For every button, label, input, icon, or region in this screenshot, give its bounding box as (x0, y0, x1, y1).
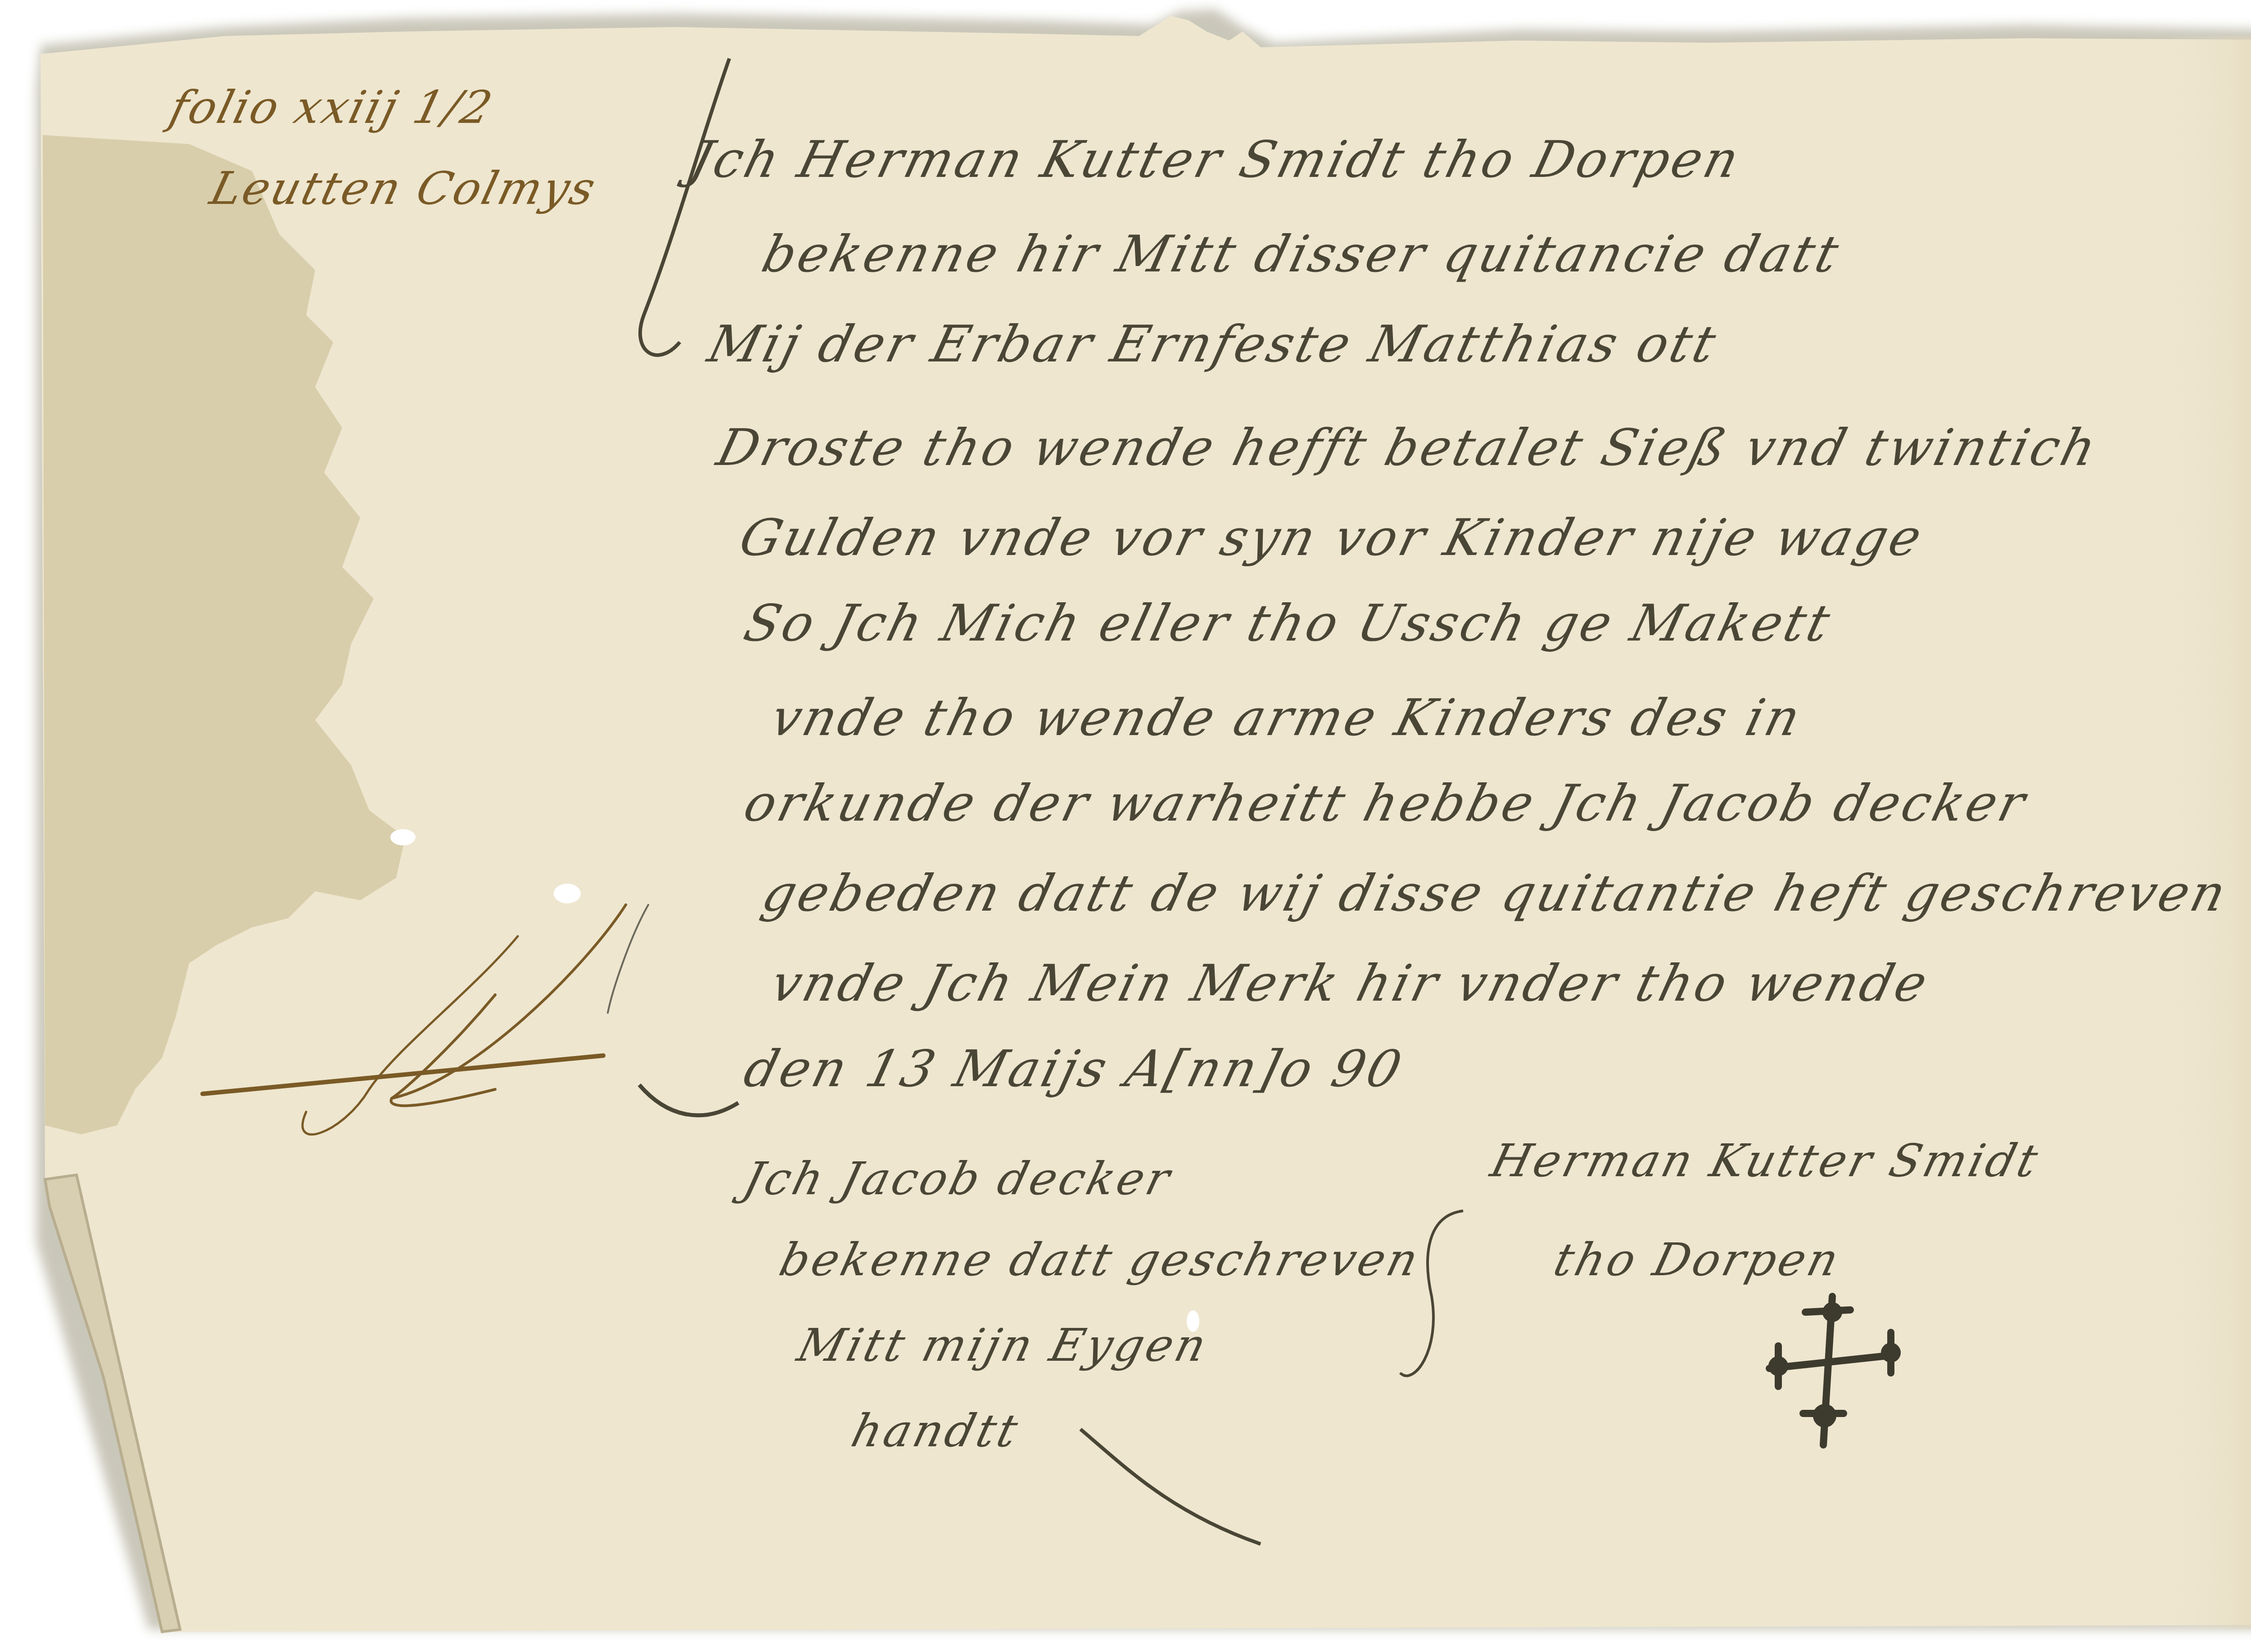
body-line-1: Jch Herman Kutter Smidt tho Dorpen (684, 131, 1747, 189)
witness-signature-line-1: Jch Jacob decker (738, 1152, 1178, 1205)
body-line-7: vnde tho wende arme Kinders des in (765, 689, 1808, 747)
body-line-4: Droste tho wende hefft betalet Sieß vnd … (711, 419, 2104, 477)
body-line-10: vnde Jch Mein Merk hir vnder tho wende (765, 954, 1935, 1013)
witness-signature-line-4: handtt (846, 1404, 1026, 1457)
date-line: den 13 Maijs A[nn]o 90 (738, 1040, 1410, 1098)
body-line-5: Gulden vnde vor syn vor Kinder nije wage (734, 509, 1930, 567)
issuer-signature-line-2: tho Dorpen (1549, 1233, 1847, 1286)
body-line-2: bekenne hir Mitt disser quitancie datt (756, 225, 1847, 284)
margin-note-line-2: Leutten Colmys (205, 162, 602, 215)
body-line-9: gebeden datt de wij disse quitantie heft… (756, 864, 2234, 923)
margin-note-line-1: folio xxiij 1/2 (164, 81, 499, 134)
issuer-signature-line-1: Herman Kutter Smidt (1486, 1134, 2046, 1187)
body-line-6: So Jch Mich eller tho Ussch ge Makett (738, 594, 1838, 653)
witness-signature-line-3: Mitt mijn Eygen (792, 1319, 1214, 1372)
witness-signature-line-2: bekenne datt geschreven (774, 1233, 1426, 1286)
body-line-8: orkunde der warheitt hebbe Jch Jacob dec… (738, 774, 2034, 833)
handwritten-text: folio xxiij 1/2 Leutten Colmys Jch Herma… (0, 0, 2251, 1652)
body-line-3: Mij der Erbar Ernfeste Matthias ott (702, 315, 1724, 374)
